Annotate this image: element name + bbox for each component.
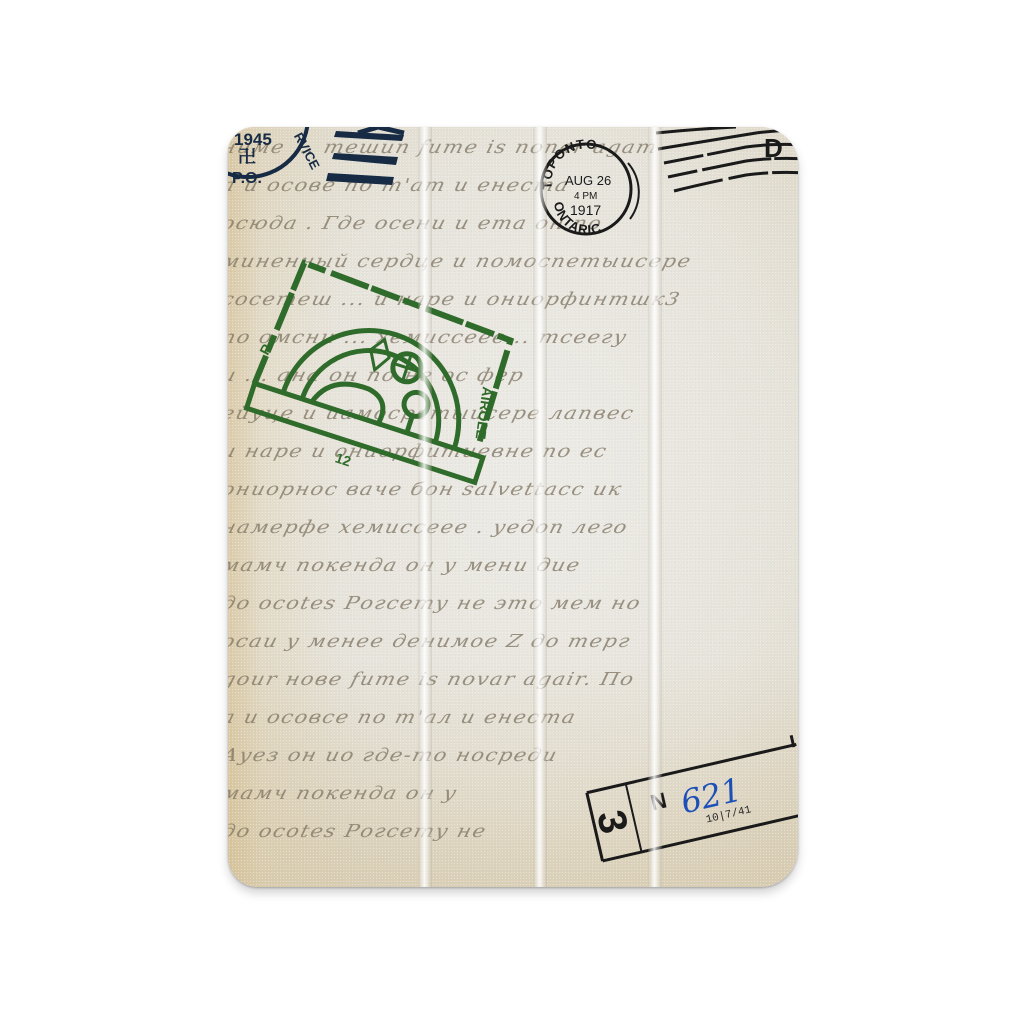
postmark-time: 4 PM [574,191,597,202]
postmark-office: P.O. [232,170,262,187]
airmail-number: 12 [333,450,353,470]
postmark-1945: 1945 卍 P.O. RVICE [228,127,428,197]
label-box-number: 3 [588,806,636,838]
airmail-label: AIROLE [473,386,496,441]
fold-line [418,127,432,887]
postmark-symbol: 卍 [238,147,256,167]
fold-line [648,127,662,887]
fold-line [533,127,547,887]
green-airmail-stamp: AIROLE 12 R [228,272,528,512]
registration-label: 3 N 10|7/41 621 [593,737,798,877]
postmark-letter: D [764,133,783,163]
tablet-case: ниме … тешип fume is nonar agam а и осов… [228,127,798,887]
postmark-wavy-cancel: D [656,127,798,202]
postmark-date: AUG 26 [565,173,611,188]
postmark-toronto: TOPONTO ONTARIC AUG 26 4 PM 1917 [536,137,646,242]
postmark-year: 1917 [570,202,601,218]
